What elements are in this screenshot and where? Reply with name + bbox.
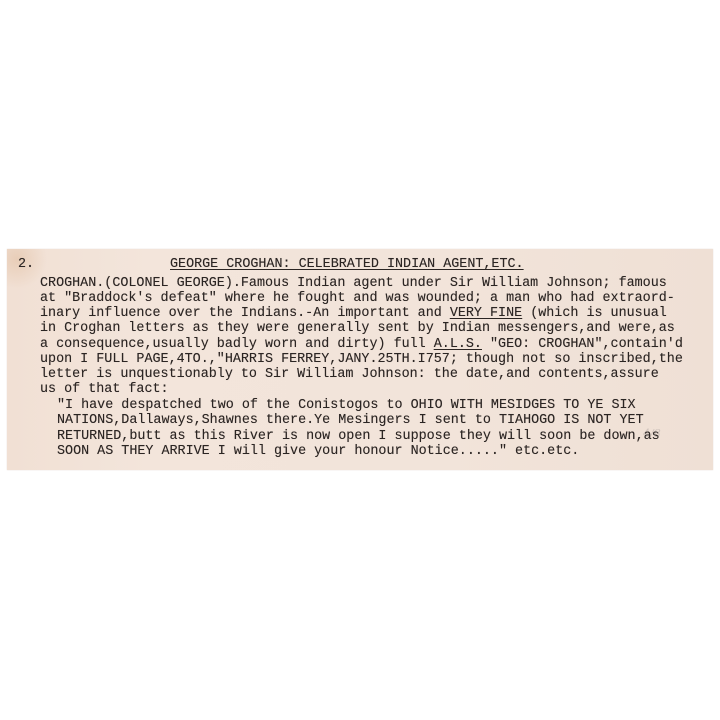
pencil-annotation: 4/8 <box>643 427 661 440</box>
body-line: letter is unquestionably to Sir William … <box>40 367 659 382</box>
body-line: us of that fact: <box>40 382 169 397</box>
item-number: 2. <box>18 257 34 272</box>
body-line: CROGHAN.(COLONEL GEORGE).Famous Indian a… <box>40 276 667 291</box>
emphasis-underline: VERY FINE <box>450 306 522 321</box>
typed-catalog-slip: 2. GEORGE CROGHAN: CELEBRATED INDIAN AGE… <box>7 249 713 470</box>
body-line: upon I FULL PAGE,4TO.,"HARRIS FERREY,JAN… <box>40 352 683 367</box>
entry-heading: GEORGE CROGHAN: CELEBRATED INDIAN AGENT,… <box>170 257 524 272</box>
quote-line: SOON AS THEY ARRIVE I will give your hon… <box>57 444 579 459</box>
body-line: a consequence,usually badly worn and dir… <box>40 337 683 352</box>
emphasis-underline: A.L.S. <box>434 337 482 352</box>
body-line: in Croghan letters as they were generall… <box>40 321 675 336</box>
quote-line: NATIONS,Dallaways,Shawnes there.Ye Mesin… <box>57 413 644 428</box>
body-line: at "Braddock's defeat" where he fought a… <box>40 291 675 306</box>
quote-line: "I have despatched two of the Conistogos… <box>57 398 636 413</box>
quote-line: RETURNED,butt as this River is now open … <box>57 429 660 444</box>
body-line: inary influence over the Indians.-An imp… <box>40 306 667 321</box>
